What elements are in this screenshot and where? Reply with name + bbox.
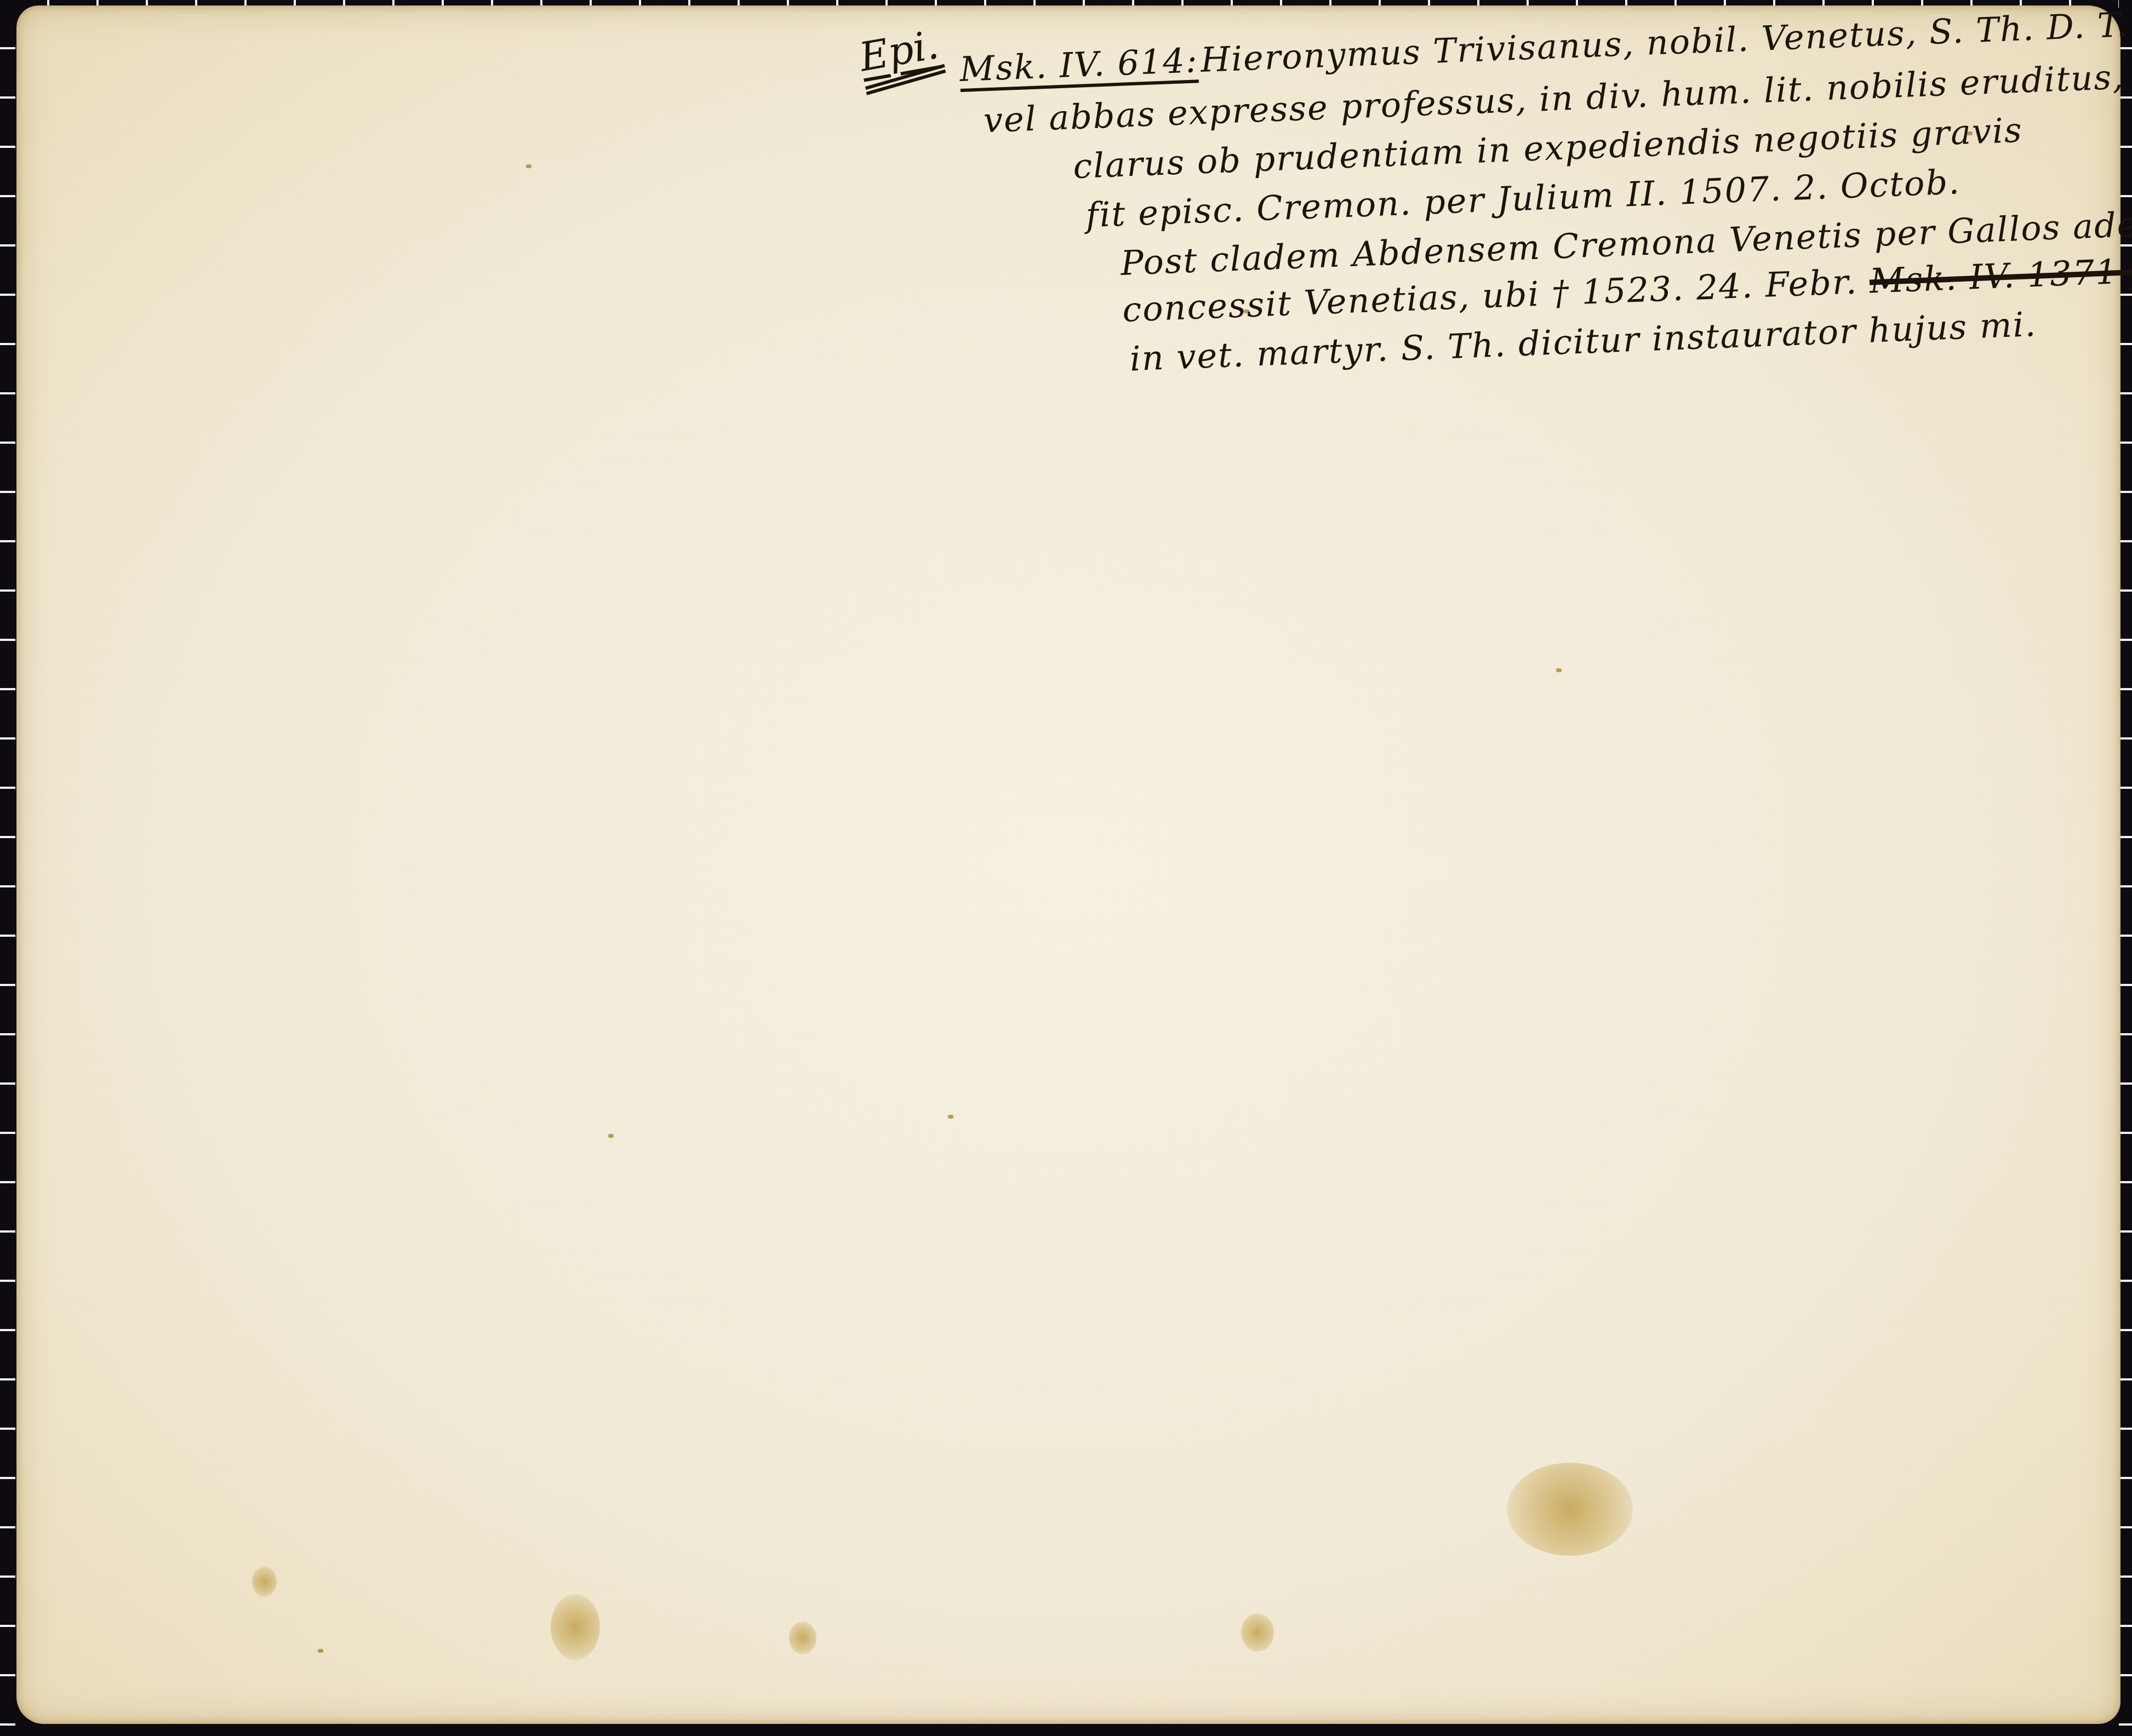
stain: [1241, 1613, 1274, 1652]
speck: [318, 1649, 323, 1653]
scale-ruler-bottom: [0, 1728, 2132, 1736]
manuscript-card: Epi. Msk. IV. 614: Hieronymus Trivisanus…: [16, 5, 2120, 1724]
speck: [608, 1134, 614, 1138]
stain: [252, 1567, 277, 1597]
stain: [1507, 1463, 1633, 1556]
speck: [948, 1115, 953, 1119]
shelfmark: Msk. IV. 614:: [959, 40, 1199, 89]
stain: [789, 1622, 816, 1654]
margin-note-epi: Epi.: [856, 21, 947, 91]
scale-ruler-left: [0, 0, 15, 1736]
stain: [551, 1594, 600, 1660]
speck: [1556, 668, 1562, 672]
speck: [526, 164, 531, 168]
